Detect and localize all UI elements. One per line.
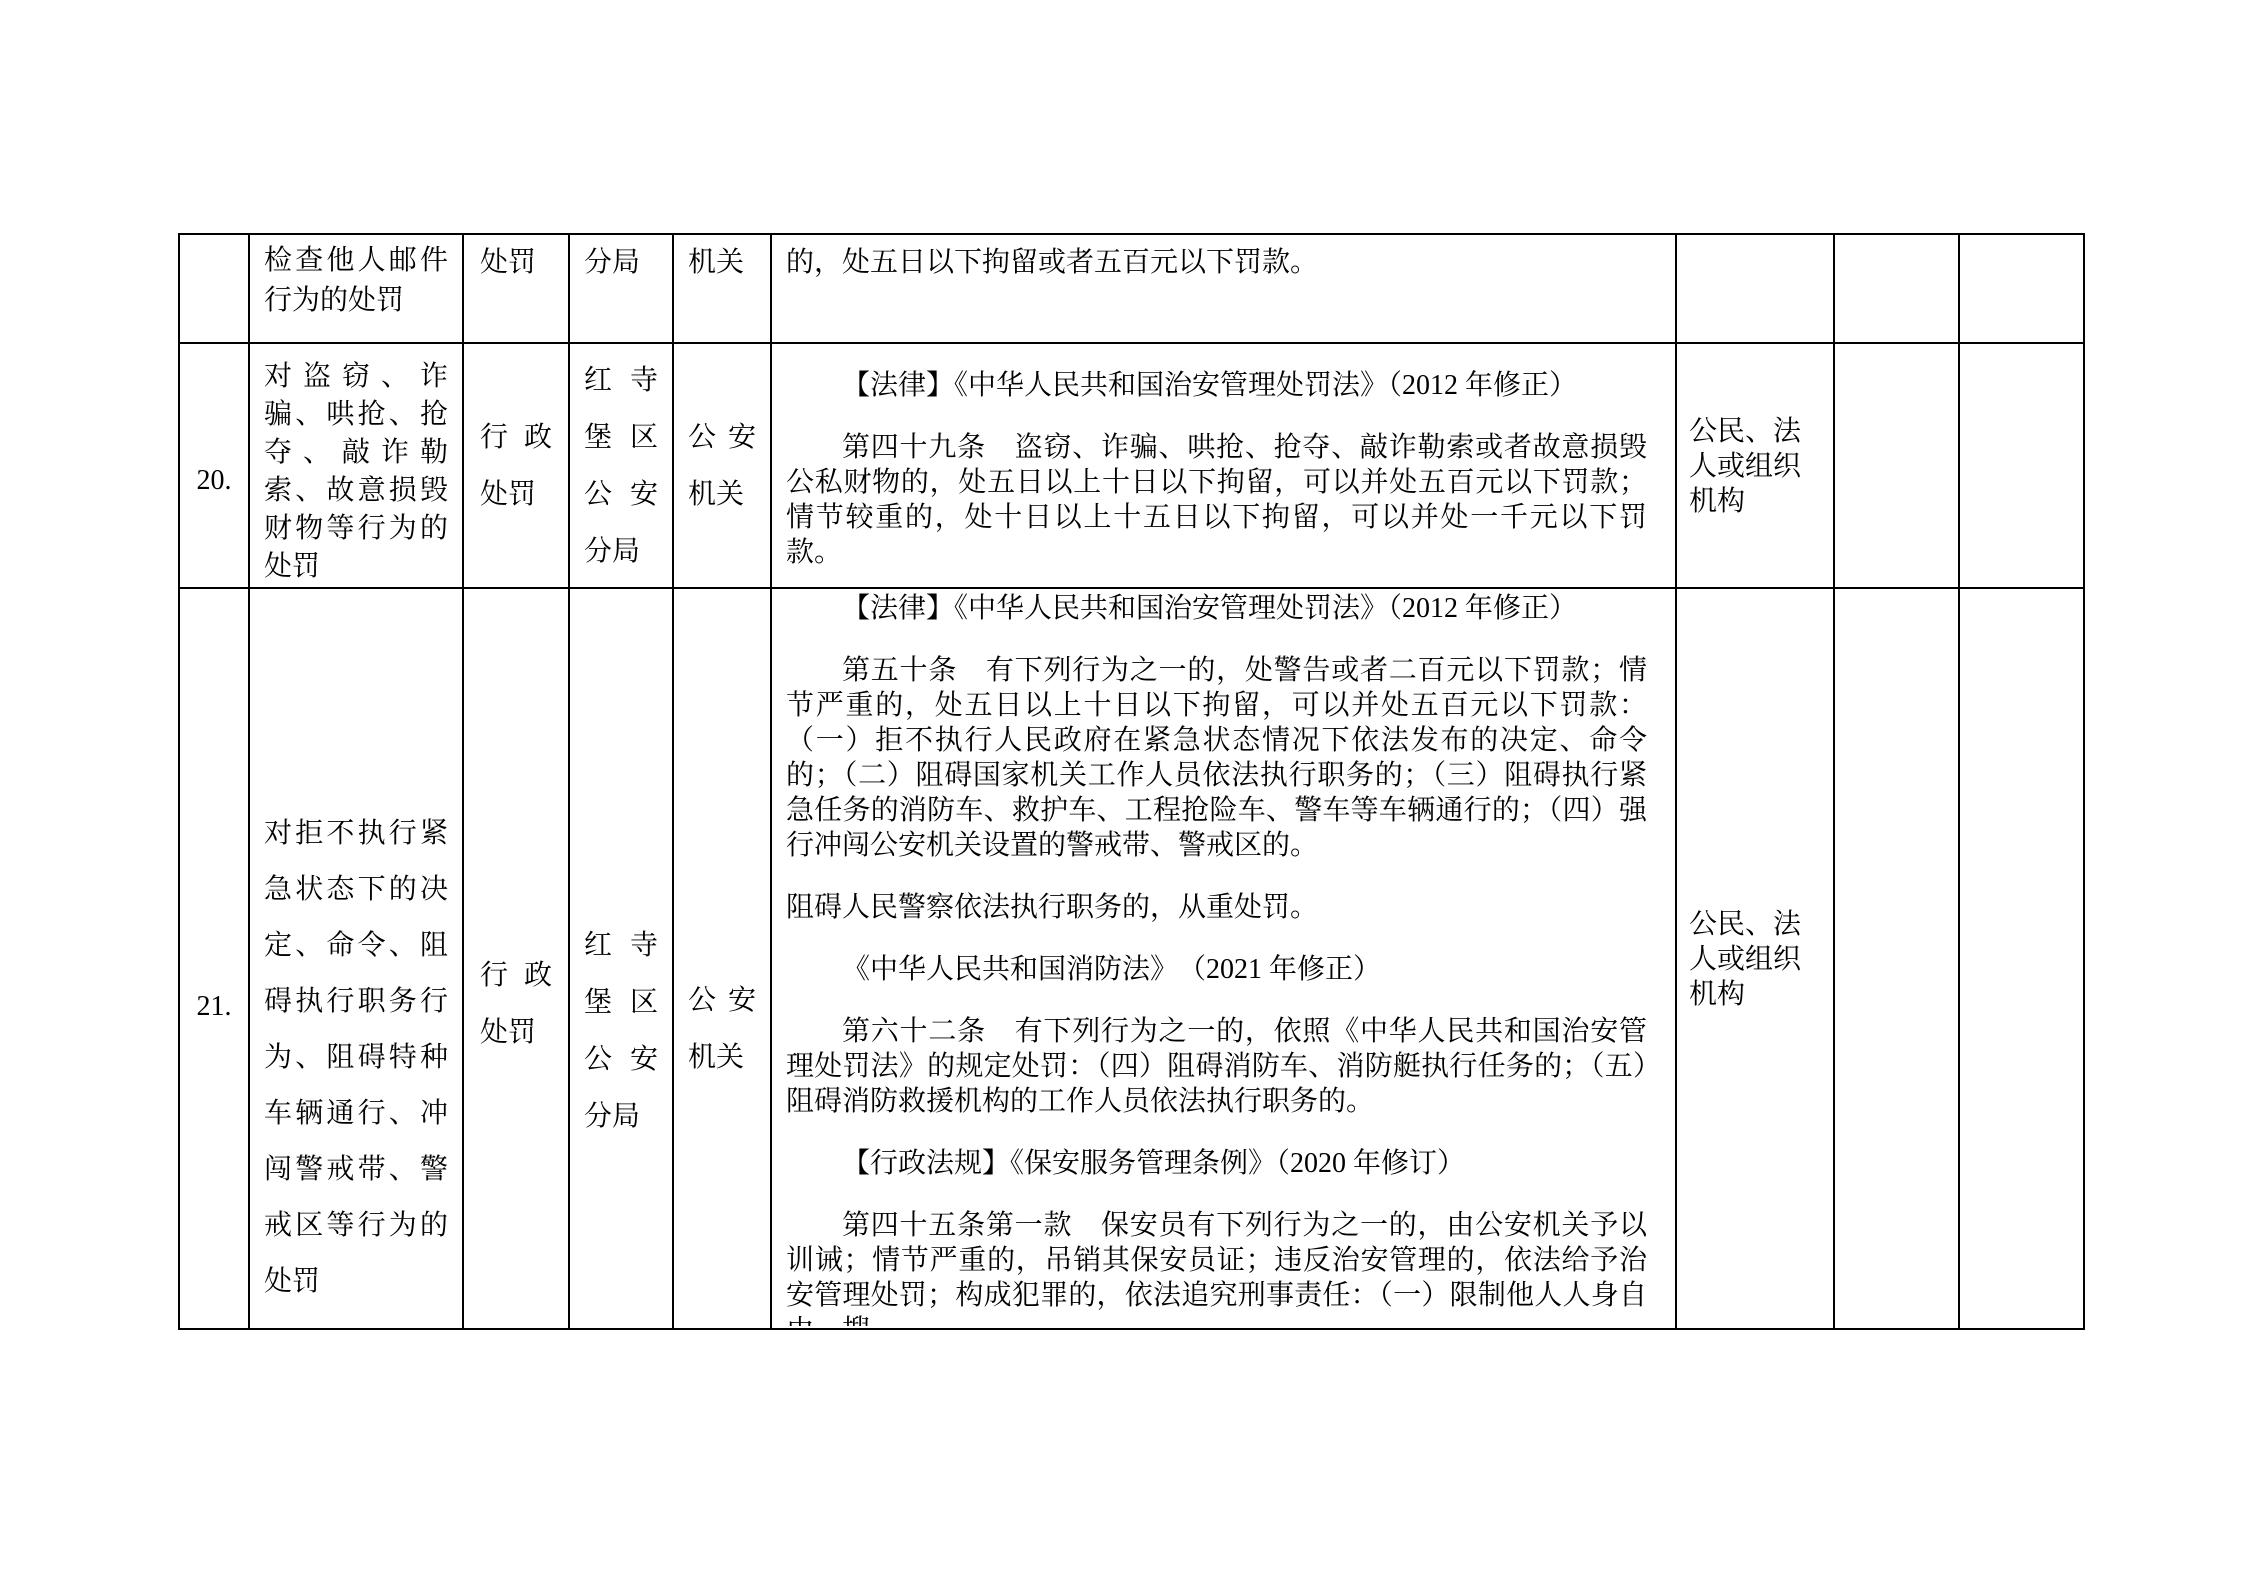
table-row-21: 21. 对拒不执行紧急状态下的决定、命令、阻碍执行职务行为、阻碍特种车辆通行、冲… — [179, 588, 2084, 1329]
legal-paragraph: 第四十五条第一款 保安员有下列行为之一的，由公安机关予以训诫；情节严重的，吊销其… — [786, 1208, 1647, 1326]
legal-paragraph: 《中华人民共和国消防法》 （2021 年修正） — [786, 952, 1647, 987]
legal-paragraph: 第五十条 有下列行为之一的，处警告或者二百元以下罚款；情节严重的，处五日以上十日… — [786, 653, 1647, 863]
table-row-continuation: 检查他人邮件行为的处罚 处罚 分局 机关 的，处五日以下拘留或者五百元以下罚款。 — [179, 234, 2084, 343]
legal-paragraph: 第六十二条 有下列行为之一的，依照《中华人民共和国治安管理处罚法》的规定处罚：（… — [786, 1014, 1647, 1119]
cell-empty-1 — [1834, 234, 1959, 343]
cell-empty-2 — [1959, 234, 2084, 343]
cell-penalty-type: 行政处罚 — [463, 343, 569, 588]
legal-basis-text: 【法律】《中华人民共和国治安管理处罚法》（2012 年修正） 第五十条 有下列行… — [772, 589, 1675, 1326]
cell-organ-nature: 机关 — [673, 234, 771, 343]
cell-seq-no: 21. — [179, 588, 249, 1329]
cell-department: 分局 — [569, 234, 673, 343]
legal-basis-text: 的，处五日以下拘留或者五百元以下罚款。 — [772, 235, 1675, 340]
cell-penalty-type: 行政处罚 — [463, 588, 569, 1329]
cell-legal-basis: 的，处五日以下拘留或者五百元以下罚款。 — [771, 234, 1676, 343]
table-row-20: 20. 对盗窃、诈骗、哄抢、抢夺、敲诈勒索、故意损毁财物等行为的处罚 行政处罚 … — [179, 343, 2084, 588]
cell-item-name: 对盗窃、诈骗、哄抢、抢夺、敲诈勒索、故意损毁财物等行为的处罚 — [249, 343, 463, 588]
legal-paragraph: 【行政法规】《保安服务管理条例》（2020 年修订） — [786, 1146, 1647, 1181]
cell-empty-2 — [1959, 343, 2084, 588]
cell-legal-basis: 【法律】《中华人民共和国治安管理处罚法》（2012 年修正） 第五十条 有下列行… — [771, 588, 1676, 1329]
document-page: 检查他人邮件行为的处罚 处罚 分局 机关 的，处五日以下拘留或者五百元以下罚款。… — [0, 0, 2245, 1587]
cell-target: 公民、法人或组织机构 — [1676, 343, 1834, 588]
cell-seq-no — [179, 234, 249, 343]
legal-basis-text: 【法律】《中华人民共和国治安管理处罚法》（2012 年修正） 第四十九条 盗窃、… — [772, 344, 1675, 585]
cell-target — [1676, 234, 1834, 343]
legal-paragraph: 【法律】《中华人民共和国治安管理处罚法》（2012 年修正） — [786, 591, 1647, 626]
legal-paragraph: 第四十九条 盗窃、诈骗、哄抢、抢夺、敲诈勒索或者故意损毁公私财物的，处五日以上十… — [786, 430, 1647, 570]
legal-paragraph: 的，处五日以下拘留或者五百元以下罚款。 — [786, 245, 1647, 280]
cell-department: 红寺堡区公安分局 — [569, 343, 673, 588]
cell-item-name: 检查他人邮件行为的处罚 — [249, 234, 463, 343]
cell-item-name: 对拒不执行紧急状态下的决定、命令、阻碍执行职务行为、阻碍特种车辆通行、冲闯警戒带… — [249, 588, 463, 1329]
legal-paragraph: 阻碍人民警察依法执行职务的，从重处罚。 — [786, 890, 1647, 925]
penalty-table: 检查他人邮件行为的处罚 处罚 分局 机关 的，处五日以下拘留或者五百元以下罚款。… — [178, 233, 2085, 1330]
cell-target: 公民、法人或组织机构 — [1676, 588, 1834, 1329]
cell-empty-1 — [1834, 343, 1959, 588]
cell-legal-basis: 【法律】《中华人民共和国治安管理处罚法》（2012 年修正） 第四十九条 盗窃、… — [771, 343, 1676, 588]
cell-empty-2 — [1959, 588, 2084, 1329]
cell-seq-no: 20. — [179, 343, 249, 588]
cell-empty-1 — [1834, 588, 1959, 1329]
cell-organ-nature: 公安机关 — [673, 588, 771, 1329]
legal-paragraph: 【法律】《中华人民共和国治安管理处罚法》（2012 年修正） — [786, 368, 1647, 403]
cell-organ-nature: 公安机关 — [673, 343, 771, 588]
cell-department: 红寺堡区公安分局 — [569, 588, 673, 1329]
cell-penalty-type: 处罚 — [463, 234, 569, 343]
